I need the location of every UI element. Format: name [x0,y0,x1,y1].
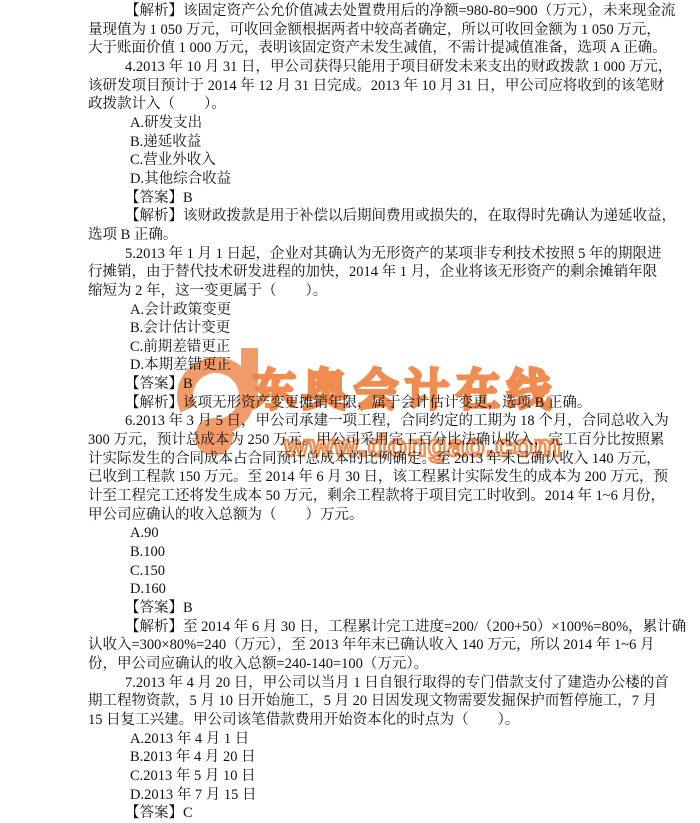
doc-line: D.本期差错更正 [88,356,700,375]
page: { "page": { "background": "#ffffff", "te… [0,0,700,823]
doc-line: 行摊销，由于替代技术研发进程的加快，2014 年 1 月，企业将该无形资产的剩余… [88,263,700,282]
doc-line: 缩短为 2 年，这一变更属于（ ）。 [88,282,700,301]
doc-line: A.会计政策变更 [88,301,700,320]
doc-line: 4.2013 年 10 月 31 日，甲公司获得只能用于项目研发未来支出的财政拨… [88,58,700,77]
doc-line: 计实际发生的合同成本占合同预计总成本的比例确定。至 2013 年末已确认收入 1… [88,450,700,469]
doc-line: 300 万元，预计总成本为 250 万元。甲公司采用完工百分比法确认收入，完工百… [88,431,700,450]
doc-line: 选项 B 正确。 [88,226,700,245]
doc-line: 【解析】该固定资产公允价值减去处置费用后的净额=980-80=900（万元），未… [88,2,700,21]
doc-line: 认收入=300×80%=240（万元），至 2013 年年末已确认收入 140 … [88,636,700,655]
doc-line: A.90 [88,524,700,543]
document-content: 【解析】该固定资产公允价值减去处置费用后的净额=980-80=900（万元），未… [88,2,700,823]
doc-line: 【解析】该项无形资产变更摊销年限，属于会计估计变更，选项 B 正确。 [88,394,700,413]
doc-line: D.2013 年 7 月 15 日 [88,786,700,805]
doc-line: 【答案】C [88,804,700,823]
doc-line: 份，甲公司应确认的收入总额=240-140=100（万元）。 [88,655,700,674]
doc-line: B.100 [88,543,700,562]
doc-line: C.营业外收入 [88,151,700,170]
doc-line: 【答案】B [88,375,700,394]
doc-line: B.2013 年 4 月 20 日 [88,748,700,767]
doc-line: 7.2013 年 4 月 20 日，甲公司以当月 1 日自银行取得的专门借款支付… [88,674,700,693]
doc-line: C.2013 年 5 月 10 日 [88,767,700,786]
doc-line: C.150 [88,562,700,581]
doc-line: A.2013 年 4 月 1 日 [88,730,700,749]
doc-line: 5.2013 年 1 月 1 日起，企业对其确认为无形资产的某项非专利技术按照 … [88,245,700,264]
doc-line: 【解析】至 2014 年 6 月 30 日，工程累计完工进度=200/（200+… [88,618,700,637]
doc-line: 15 日复工兴建。甲公司该笔借款费用开始资本化的时点为（ ）。 [88,711,700,730]
doc-line: C.前期差错更正 [88,338,700,357]
doc-line: 【解析】该财政拨款是用于补偿以后期间费用或损失的，在取得时先确认为递延收益， [88,207,700,226]
doc-line: B.会计估计变更 [88,319,700,338]
doc-line: 【答案】B [88,189,700,208]
doc-line: 量现值为 1 050 万元，可收回金额根据两者中较高者确定，所以可收回金额为 1… [88,21,700,40]
doc-line: D.其他综合收益 [88,170,700,189]
doc-line: A.研发支出 [88,114,700,133]
doc-line: B.递延收益 [88,133,700,152]
doc-line: D.160 [88,580,700,599]
doc-line: 期工程物资款，5 月 10 日开始施工，5 月 20 日因发现文物需要发掘保护而… [88,692,700,711]
doc-line: 计至工程完工还将发生成本 50 万元，剩余工程款将于项目完工时收到。2014 年… [88,487,700,506]
doc-line: 该研发项目预计于 2014 年 12 月 31 日完成。2013 年 10 月 … [88,77,700,96]
doc-line: 政拨款计入（ ）。 [88,95,700,114]
doc-line: 【答案】B [88,599,700,618]
doc-line: 已收到工程款 150 万元。至 2014 年 6 月 30 日，该工程累计实际发… [88,468,700,487]
doc-line: 大于账面价值 1 000 万元，表明该固定资产未发生减值，不需计提减值准备，选项… [88,39,700,58]
doc-line: 6.2013 年 3 月 5 日，甲公司承建一项工程，合同约定的工期为 18 个… [88,412,700,431]
doc-line: 甲公司应确认的收入总额为（ ）万元。 [88,506,700,525]
